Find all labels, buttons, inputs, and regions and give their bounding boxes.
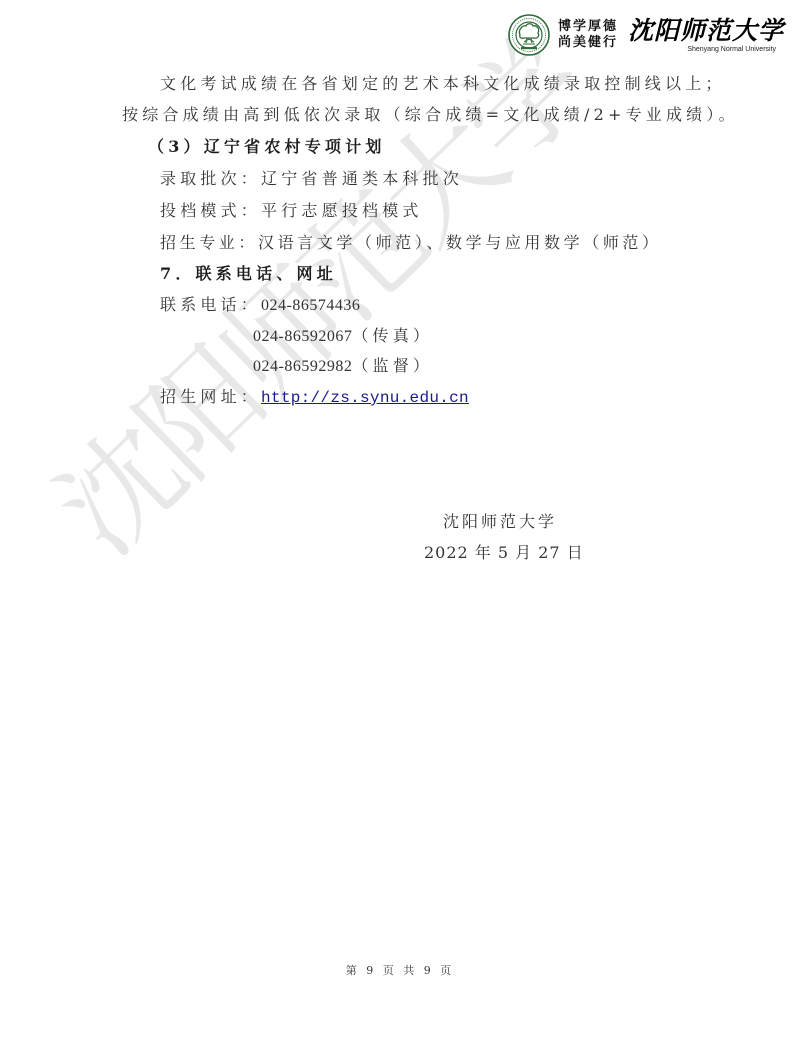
majors-value: 汉语言文学（师范）、数学与应用数学（师范） [258, 233, 662, 252]
document-page: 沈阳师范大学 博学厚德 尚美健行 沈阳师范大学 Shenyang Normal … [0, 0, 800, 1050]
phone-row-2: 024-86592067（传真） [253, 325, 433, 348]
section-3-title: （3）辽宁省农村专项计划 [148, 136, 386, 158]
website-link[interactable]: http://zs.synu.edu.cn [261, 389, 469, 407]
university-motto: 博学厚德 尚美健行 [558, 19, 618, 51]
university-emblem-icon [508, 14, 550, 56]
phone-note-supervision: （监督） [352, 356, 433, 375]
filing-mode-value: 平行志愿投档模式 [261, 201, 423, 220]
filing-mode-row: 投档模式：平行志愿投档模式 [160, 200, 423, 222]
phone-number-3: 024-86592982 [253, 358, 352, 375]
paragraph-line-2-text: 按综合成绩由高到低依次录取（综合成绩=文化成绩/2+专业成绩）。 [122, 105, 739, 124]
paragraph-line-1: 文化考试成绩在各省划定的艺术本科文化成绩录取控制线以上； [160, 73, 726, 95]
section-7-title: 7．联系电话、网址 [160, 263, 337, 285]
phone-row-3: 024-86592982（监督） [253, 355, 433, 378]
majors-label: 招生专业： [160, 233, 258, 252]
phone-note-fax: （传真） [352, 326, 433, 345]
brand-name-cn: 沈阳师范大学 [628, 17, 784, 45]
phone-row-1: 联系电话：024-86574436 [160, 294, 360, 317]
signature-date: 2022 年 5 月 27 日 [424, 542, 584, 564]
university-brand: 沈阳师范大学 Shenyang Normal University [628, 17, 784, 54]
signature-org: 沈阳师范大学 [443, 511, 557, 533]
admission-batch-label: 录取批次： [160, 169, 261, 188]
phone-number-1: 024-86574436 [261, 297, 360, 314]
motto-line-2: 尚美健行 [558, 35, 618, 51]
brand-name-en: Shenyang Normal University [687, 45, 776, 54]
admission-batch-value: 辽宁省普通类本科批次 [261, 169, 463, 188]
filing-mode-label: 投档模式： [160, 201, 261, 220]
phone-number-2: 024-86592067 [253, 328, 352, 345]
phone-label: 联系电话： [160, 295, 261, 314]
majors-row: 招生专业：汉语言文学（师范）、数学与应用数学（师范） [160, 232, 662, 254]
website-row: 招生网址：http://zs.synu.edu.cn [160, 386, 469, 409]
header-logo: 博学厚德 尚美健行 沈阳师范大学 Shenyang Normal Univers… [508, 10, 784, 60]
page-footer: 第 9 页 共 9 页 [0, 962, 800, 978]
admission-batch-row: 录取批次：辽宁省普通类本科批次 [160, 168, 463, 190]
paragraph-line-2: 按综合成绩由高到低依次录取（综合成绩=文化成绩/2+专业成绩）。 [122, 104, 739, 126]
motto-line-1: 博学厚德 [558, 19, 618, 35]
website-label: 招生网址： [160, 387, 261, 406]
